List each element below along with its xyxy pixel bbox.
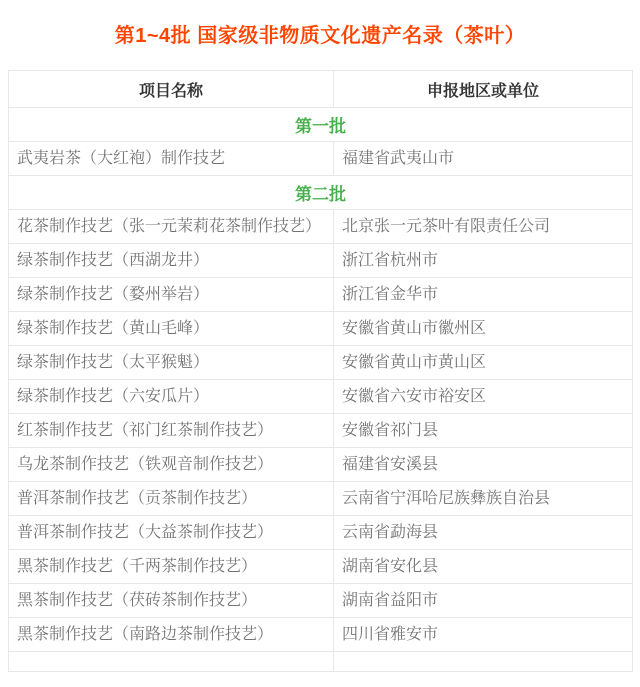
project-name-cell: 绿茶制作技艺（太平猴魁） bbox=[9, 346, 334, 380]
table-row: 黑茶制作技艺（千两茶制作技艺）湖南省安化县 bbox=[9, 550, 633, 584]
project-name-cell: 花茶制作技艺（张一元茉莉花茶制作技艺） bbox=[9, 210, 334, 244]
table-row: 绿茶制作技艺（六安瓜片）安徽省六安市裕安区 bbox=[9, 380, 633, 414]
project-name-cell: 普洱茶制作技艺（大益茶制作技艺） bbox=[9, 516, 334, 550]
region-cell: 安徽省黄山市徽州区 bbox=[334, 312, 633, 346]
heritage-table: 项目名称 申报地区或单位 第一批武夷岩茶（大红袍）制作技艺福建省武夷山市第二批花… bbox=[8, 70, 633, 672]
table-row: 普洱茶制作技艺（贡茶制作技艺）云南省宁洱哈尼族彝族自治县 bbox=[9, 482, 633, 516]
project-name-cell: 黑茶制作技艺（茯砖茶制作技艺） bbox=[9, 584, 334, 618]
project-name-cell: 绿茶制作技艺（黄山毛峰） bbox=[9, 312, 334, 346]
batch-label: 第二批 bbox=[9, 176, 633, 210]
table-row: 红茶制作技艺（祁门红茶制作技艺）安徽省祁门县 bbox=[9, 414, 633, 448]
region-cell: 湖南省安化县 bbox=[334, 550, 633, 584]
table-row: 武夷岩茶（大红袍）制作技艺福建省武夷山市 bbox=[9, 142, 633, 176]
page: 第1~4批 国家级非物质文化遗产名录（茶叶） 项目名称 申报地区或单位 第一批武… bbox=[0, 0, 640, 687]
project-name-cell: 绿茶制作技艺（婺州举岩） bbox=[9, 278, 334, 312]
project-name-cell: 武夷岩茶（大红袍）制作技艺 bbox=[9, 142, 334, 176]
region-cell: 浙江省金华市 bbox=[334, 278, 633, 312]
column-header-region: 申报地区或单位 bbox=[334, 71, 633, 108]
project-name-cell: 乌龙茶制作技艺（铁观音制作技艺） bbox=[9, 448, 334, 482]
region-cell: 湖南省益阳市 bbox=[334, 584, 633, 618]
page-title: 第1~4批 国家级非物质文化遗产名录（茶叶） bbox=[0, 0, 640, 70]
table-row: 黑茶制作技艺（南路边茶制作技艺）四川省雅安市 bbox=[9, 618, 633, 652]
region-cell: 四川省雅安市 bbox=[334, 618, 633, 652]
table-row: 花茶制作技艺（张一元茉莉花茶制作技艺）北京张一元茶叶有限责任公司 bbox=[9, 210, 633, 244]
region-cell: 安徽省祁门县 bbox=[334, 414, 633, 448]
table-body: 第一批武夷岩茶（大红袍）制作技艺福建省武夷山市第二批花茶制作技艺（张一元茉莉花茶… bbox=[9, 108, 633, 672]
table-row: 乌龙茶制作技艺（铁观音制作技艺）福建省安溪县 bbox=[9, 448, 633, 482]
column-header-project-name: 项目名称 bbox=[9, 71, 334, 108]
partial-row bbox=[9, 652, 633, 672]
table-row: 绿茶制作技艺（婺州举岩）浙江省金华市 bbox=[9, 278, 633, 312]
project-name-cell: 红茶制作技艺（祁门红茶制作技艺） bbox=[9, 414, 334, 448]
project-name-cell: 绿茶制作技艺（六安瓜片） bbox=[9, 380, 334, 414]
project-name-cell: 黑茶制作技艺（南路边茶制作技艺） bbox=[9, 618, 334, 652]
project-name-cell: 普洱茶制作技艺（贡茶制作技艺） bbox=[9, 482, 334, 516]
batch-header-row: 第一批 bbox=[9, 108, 633, 142]
region-cell: 云南省宁洱哈尼族彝族自治县 bbox=[334, 482, 633, 516]
table-row: 绿茶制作技艺（西湖龙井）浙江省杭州市 bbox=[9, 244, 633, 278]
batch-label: 第一批 bbox=[9, 108, 633, 142]
project-name-cell: 黑茶制作技艺（千两茶制作技艺） bbox=[9, 550, 334, 584]
region-cell: 福建省武夷山市 bbox=[334, 142, 633, 176]
region-cell: 浙江省杭州市 bbox=[334, 244, 633, 278]
table-row: 绿茶制作技艺（太平猴魁）安徽省黄山市黄山区 bbox=[9, 346, 633, 380]
region-cell: 安徽省六安市裕安区 bbox=[334, 380, 633, 414]
table-header-row: 项目名称 申报地区或单位 bbox=[9, 71, 633, 108]
region-cell: 北京张一元茶叶有限责任公司 bbox=[334, 210, 633, 244]
project-name-cell bbox=[9, 652, 334, 672]
region-cell bbox=[334, 652, 633, 672]
table-row: 黑茶制作技艺（茯砖茶制作技艺）湖南省益阳市 bbox=[9, 584, 633, 618]
region-cell: 安徽省黄山市黄山区 bbox=[334, 346, 633, 380]
batch-header-row: 第二批 bbox=[9, 176, 633, 210]
region-cell: 云南省勐海县 bbox=[334, 516, 633, 550]
project-name-cell: 绿茶制作技艺（西湖龙井） bbox=[9, 244, 334, 278]
region-cell: 福建省安溪县 bbox=[334, 448, 633, 482]
table-row: 普洱茶制作技艺（大益茶制作技艺）云南省勐海县 bbox=[9, 516, 633, 550]
table-row: 绿茶制作技艺（黄山毛峰）安徽省黄山市徽州区 bbox=[9, 312, 633, 346]
